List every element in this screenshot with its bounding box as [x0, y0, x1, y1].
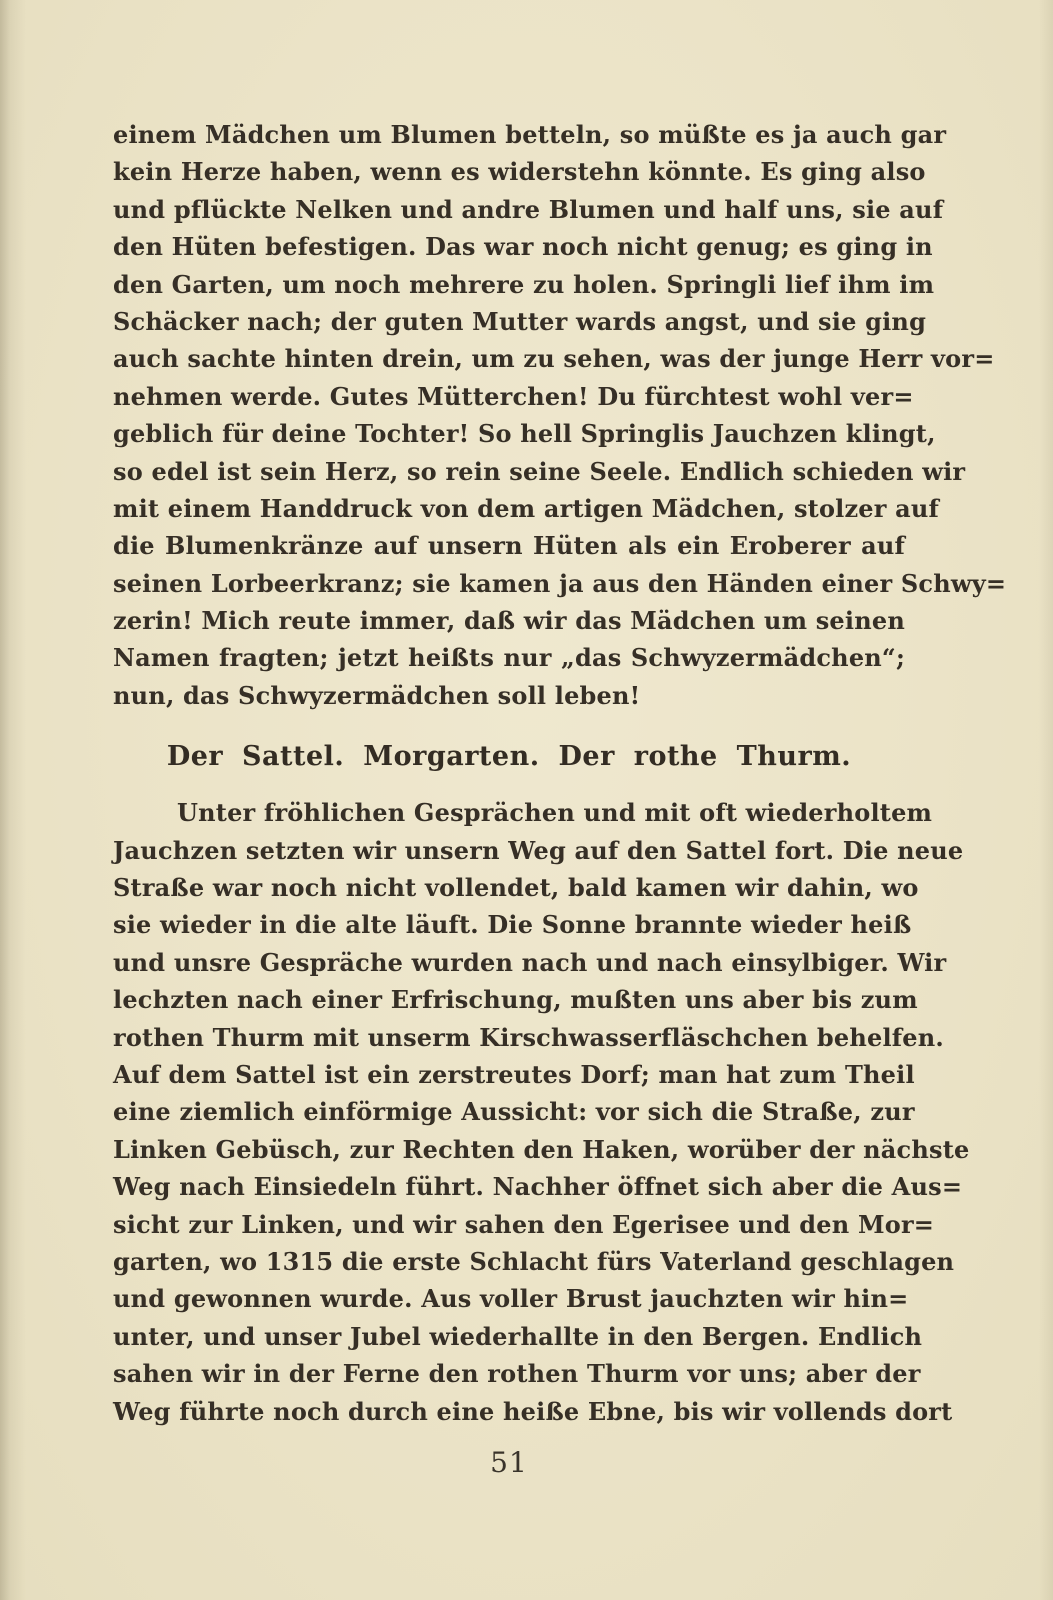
text-line: einem Mädchen um Blumen betteln, so müßt…	[113, 116, 905, 153]
text-line: Jauchzen setzten wir unsern Weg auf den …	[113, 832, 905, 869]
text-line: Weg nach Einsiedeln führt. Nachher öffne…	[113, 1168, 905, 1205]
text-line: auch sachte hinten drein, um zu sehen, w…	[113, 340, 905, 377]
text-line: und unsre Gespräche wurden nach und nach…	[113, 944, 905, 981]
text-line: Auf dem Sattel ist ein zerstreutes Dorf;…	[113, 1056, 905, 1093]
text-line: geblich für deine Tochter! So hell Sprin…	[113, 415, 905, 452]
text-line: mit einem Handdruck von dem artigen Mädc…	[113, 490, 905, 527]
text-line: und pflückte Nelken und andre Blumen und…	[113, 191, 905, 228]
text-line: Straße war noch nicht vollendet, bald ka…	[113, 869, 905, 906]
text-line: und gewonnen wurde. Aus voller Brust jau…	[113, 1280, 905, 1317]
text-line: sicht zur Linken, und wir sahen den Eger…	[113, 1206, 905, 1243]
text-line: zerin! Mich reute immer, daß wir das Mäd…	[113, 602, 905, 639]
text-line: den Garten, um noch mehrere zu holen. Sp…	[113, 266, 905, 303]
paragraph-2: Unter fröhlichen Gesprächen und mit oft …	[113, 794, 905, 1430]
text-line: Unter fröhlichen Gesprächen und mit oft …	[113, 794, 905, 831]
paragraph-1: einem Mädchen um Blumen betteln, so müßt…	[113, 116, 905, 714]
text-line: sahen wir in der Ferne den rothen Thurm …	[113, 1355, 905, 1392]
page-number: 51	[113, 1446, 905, 1479]
text-line: garten, wo 1315 die erste Schlacht fürs …	[113, 1243, 905, 1280]
text-line: Schäcker nach; der guten Mutter wards an…	[113, 303, 905, 340]
scanned-page: einem Mädchen um Blumen betteln, so müßt…	[0, 0, 1053, 1600]
text-line: rothen Thurm mit unserm Kirschwasserfläs…	[113, 1019, 905, 1056]
text-line: den Hüten befestigen. Das war noch nicht…	[113, 228, 905, 265]
text-line: Weg führte noch durch eine heiße Ebne, b…	[113, 1393, 905, 1430]
text-line: Linken Gebüsch, zur Rechten den Haken, w…	[113, 1131, 905, 1168]
text-line: die Blumenkränze auf unsern Hüten als ei…	[113, 527, 905, 564]
text-line: lechzten nach einer Erfrischung, mußten …	[113, 981, 905, 1018]
text-column: einem Mädchen um Blumen betteln, so müßt…	[113, 116, 905, 1479]
text-line: nun, das Schwyzermädchen soll leben!	[113, 677, 905, 714]
text-line: sie wieder in die alte läuft. Die Sonne …	[113, 906, 905, 943]
text-line: unter, und unser Jubel wiederhallte in d…	[113, 1318, 905, 1355]
text-line: so edel ist sein Herz, so rein seine See…	[113, 453, 905, 490]
section-heading: Der Sattel. Morgarten. Der rothe Thurm.	[113, 737, 905, 777]
text-line: nehmen werde. Gutes Mütterchen! Du fürch…	[113, 378, 905, 415]
text-line: kein Herze haben, wenn es widerstehn kön…	[113, 153, 905, 190]
text-line: Namen fragten; jetzt heißts nur „das Sch…	[113, 639, 905, 676]
text-line: eine ziemlich einförmige Aussicht: vor s…	[113, 1093, 905, 1130]
text-line: seinen Lorbeerkranz; sie kamen ja aus de…	[113, 565, 905, 602]
